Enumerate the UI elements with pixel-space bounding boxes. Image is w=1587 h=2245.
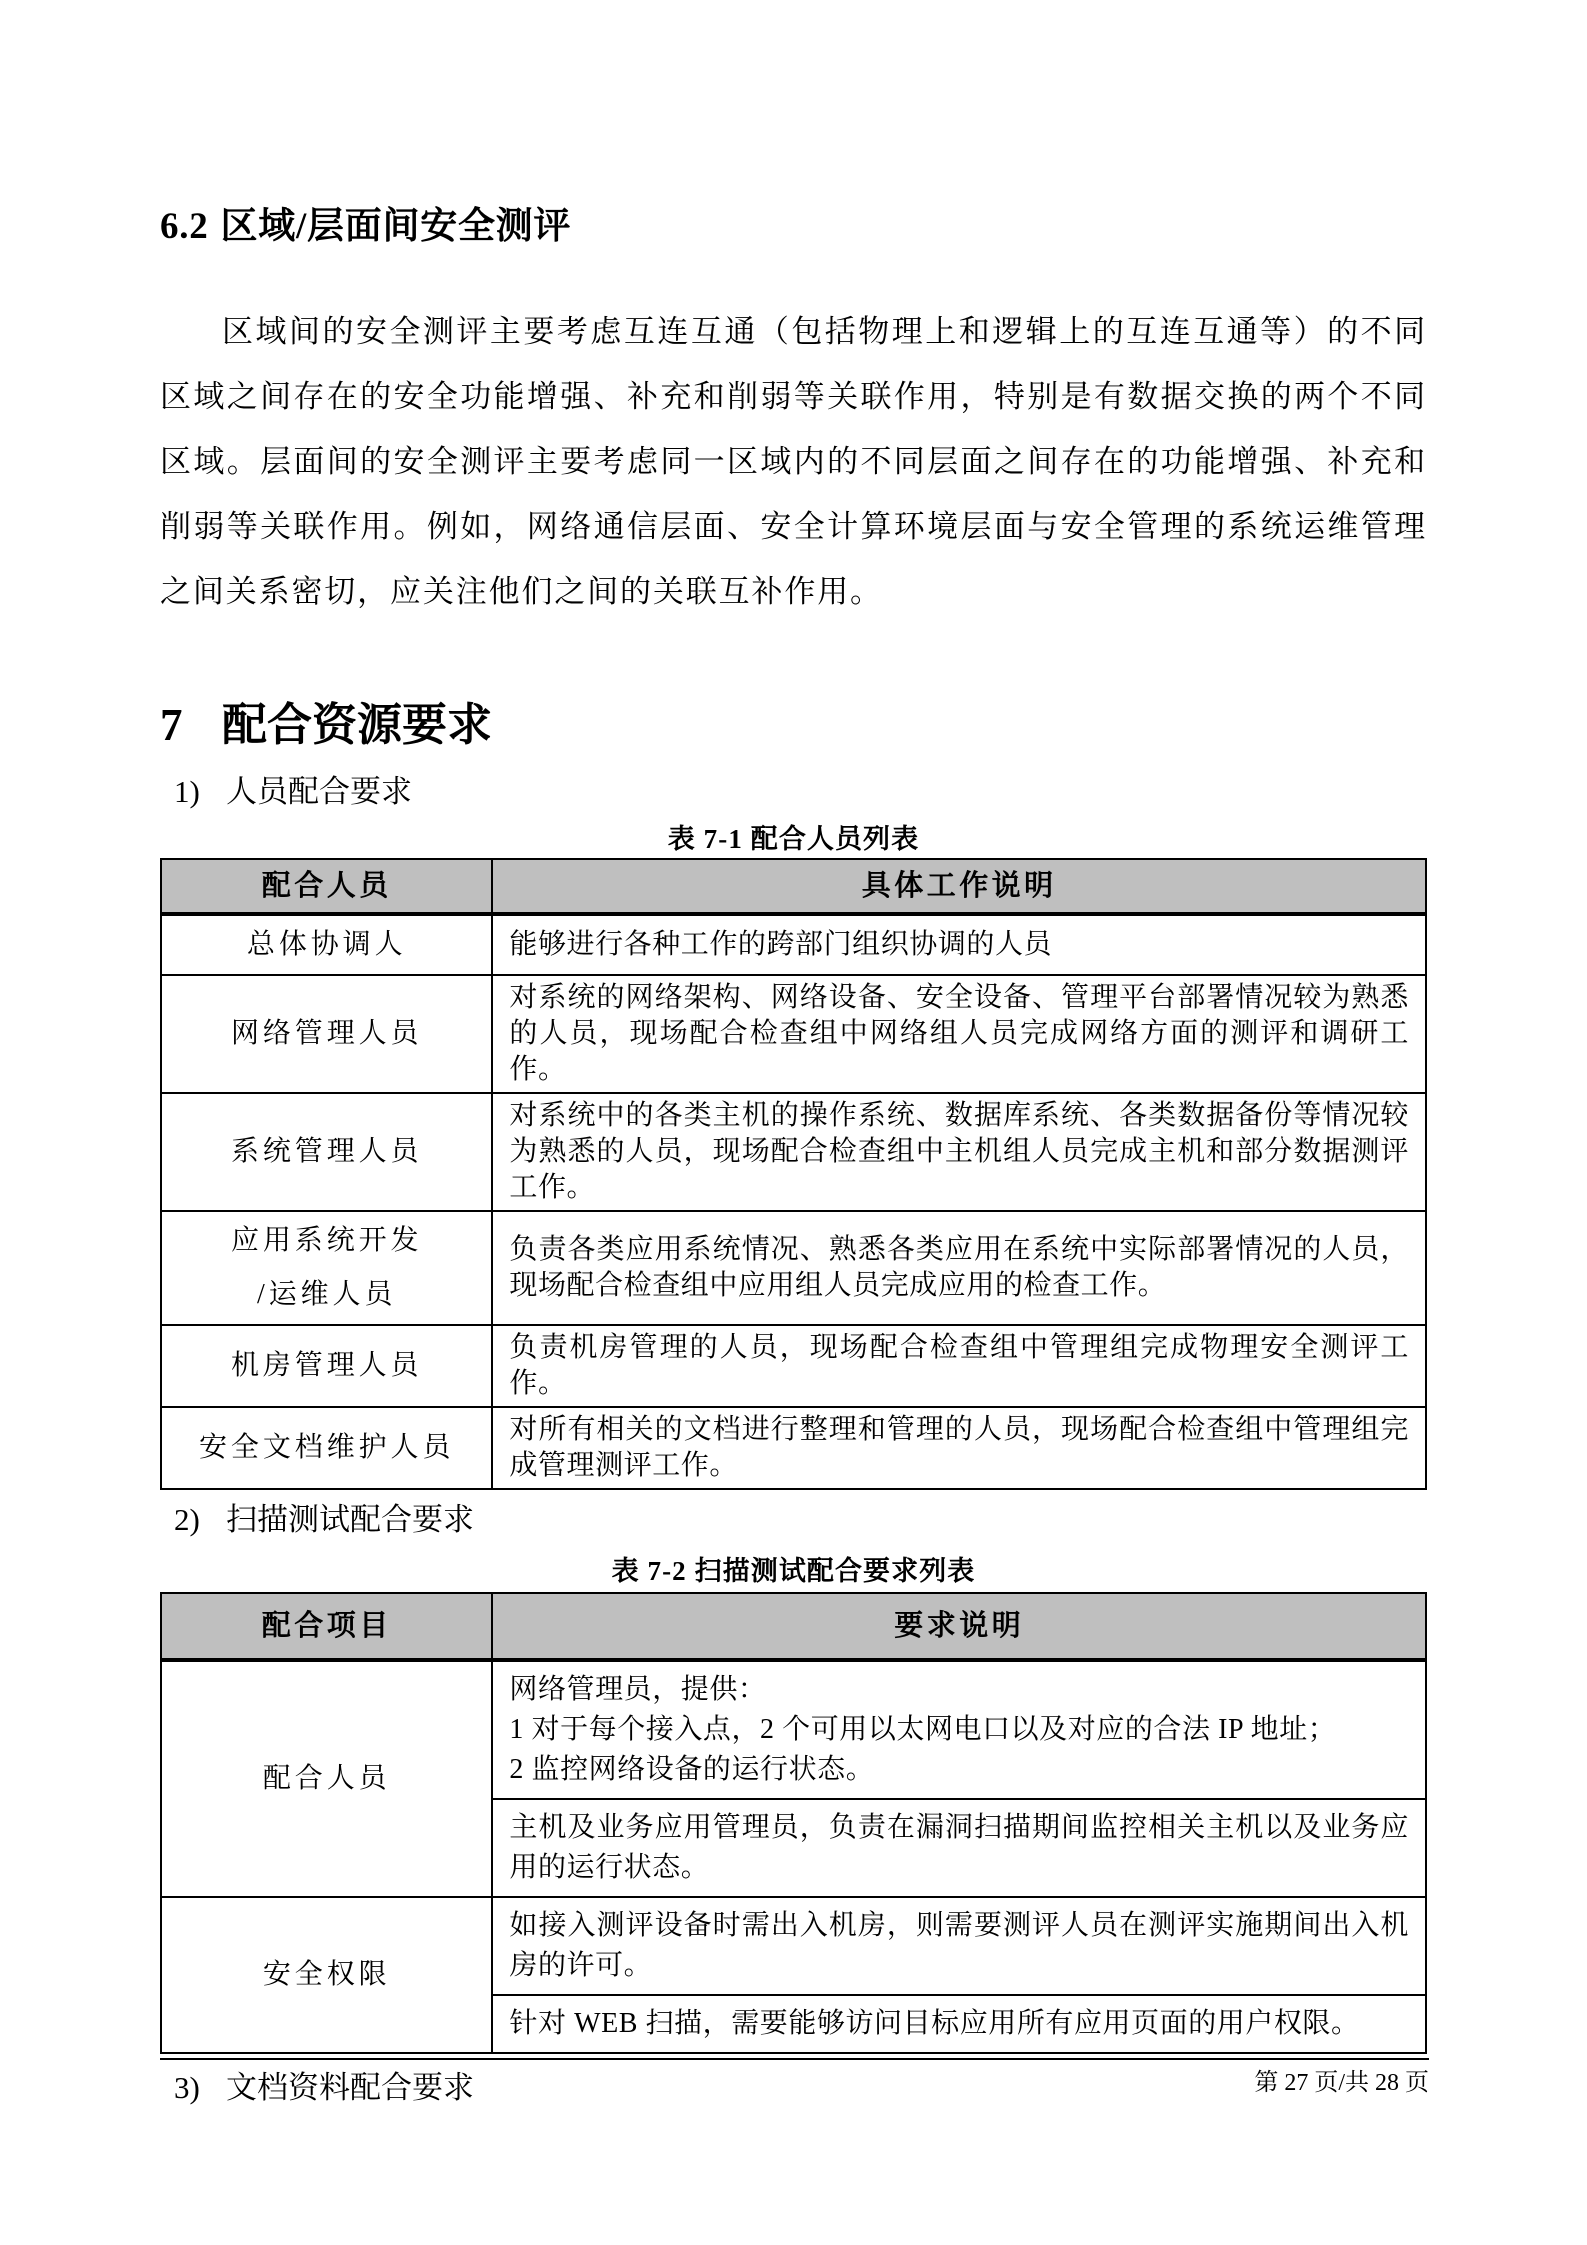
desc-cell: 负责各类应用系统情况、熟悉各类应用在系统中实际部署情况的人员，现场配合检查组中应… bbox=[492, 1211, 1426, 1325]
req-cell: 如接入测评设备时需出入机房，则需要测评人员在测评实施期间出入机房的许可。 bbox=[492, 1897, 1426, 1995]
table-row: 总体协调人 能够进行各种工作的跨部门组织协调的人员 bbox=[161, 914, 1426, 975]
list-item-2: 2)扫描测试配合要求 bbox=[160, 1500, 1427, 1540]
section-7-heading: 7配合资源要求 bbox=[160, 698, 1427, 752]
list-item-1-label: 人员配合要求 bbox=[226, 774, 412, 809]
table-7-2-caption: 表 7-2 扫描测试配合要求列表 bbox=[160, 1554, 1427, 1588]
role-cell: 网络管理人员 bbox=[161, 975, 492, 1093]
table-row: 系统管理人员 对系统中的各类主机的操作系统、数据库系统、各类数据备份等情况较为熟… bbox=[161, 1093, 1426, 1211]
req-cell: 主机及业务应用管理员，负责在漏洞扫描期间监控相关主机以及业务应用的运行状态。 bbox=[492, 1799, 1426, 1897]
list-item-2-label: 扫描测试配合要求 bbox=[226, 1502, 474, 1537]
req-cell: 针对 WEB 扫描，需要能够访问目标应用所有应用页面的用户权限。 bbox=[492, 1995, 1426, 2053]
item-cell: 安全权限 bbox=[161, 1897, 492, 2053]
table-7-1-header-row: 配合人员 具体工作说明 bbox=[161, 859, 1426, 914]
table-7-2-header-req: 要求说明 bbox=[492, 1593, 1426, 1660]
table-7-1-header-role: 配合人员 bbox=[161, 859, 492, 914]
page-footer: 第 27 页/共 28 页 bbox=[160, 2058, 1429, 2098]
desc-cell: 对系统的网络架构、网络设备、安全设备、管理平台部署情况较为熟悉的人员，现场配合检… bbox=[492, 975, 1426, 1093]
table-row: 机房管理人员 负责机房管理的人员，现场配合检查组中管理组完成物理安全测评工作。 bbox=[161, 1325, 1426, 1407]
table-7-2-header-row: 配合项目 要求说明 bbox=[161, 1593, 1426, 1660]
table-7-2: 配合项目 要求说明 配合人员 网络管理员，提供： 1 对于每个接入点，2 个可用… bbox=[160, 1592, 1427, 2054]
table-row: 网络管理人员 对系统的网络架构、网络设备、安全设备、管理平台部署情况较为熟悉的人… bbox=[161, 975, 1426, 1093]
section-6-2-number: 6.2 bbox=[160, 206, 208, 247]
table-row: 应用系统开发 /运维人员 负责各类应用系统情况、熟悉各类应用在系统中实际部署情况… bbox=[161, 1211, 1426, 1325]
req-cell: 网络管理员，提供： 1 对于每个接入点，2 个可用以太网电口以及对应的合法 IP… bbox=[492, 1660, 1426, 1799]
document-page: 6.2区域/层面间安全测评 区域间的安全测评主要考虑互连互通（包括物理上和逻辑上… bbox=[0, 0, 1587, 2245]
role-cell: 系统管理人员 bbox=[161, 1093, 492, 1211]
section-6-2-title: 区域/层面间安全测评 bbox=[220, 206, 571, 247]
list-item-2-marker: 2) bbox=[174, 1500, 226, 1540]
desc-cell: 能够进行各种工作的跨部门组织协调的人员 bbox=[492, 914, 1426, 975]
table-7-1-caption: 表 7-1 配合人员列表 bbox=[160, 822, 1427, 856]
table-row: 安全权限 如接入测评设备时需出入机房，则需要测评人员在测评实施期间出入机房的许可… bbox=[161, 1897, 1426, 1995]
table-7-1-header-desc: 具体工作说明 bbox=[492, 859, 1426, 914]
desc-cell: 对所有相关的文档进行整理和管理的人员，现场配合检查组中管理组完成管理测评工作。 bbox=[492, 1407, 1426, 1489]
role-cell: 机房管理人员 bbox=[161, 1325, 492, 1407]
body-paragraph: 区域间的安全测评主要考虑互连互通（包括物理上和逻辑上的互连互通等）的不同区域之间… bbox=[160, 299, 1427, 624]
desc-cell: 负责机房管理的人员，现场配合检查组中管理组完成物理安全测评工作。 bbox=[492, 1325, 1426, 1407]
role-cell: 应用系统开发 /运维人员 bbox=[161, 1211, 492, 1325]
list-item-1: 1)人员配合要求 bbox=[160, 772, 1427, 812]
table-7-2-header-item: 配合项目 bbox=[161, 1593, 492, 1660]
table-7-1: 配合人员 具体工作说明 总体协调人 能够进行各种工作的跨部门组织协调的人员 网络… bbox=[160, 858, 1427, 1490]
role-cell: 安全文档维护人员 bbox=[161, 1407, 492, 1489]
table-row: 安全文档维护人员 对所有相关的文档进行整理和管理的人员，现场配合检查组中管理组完… bbox=[161, 1407, 1426, 1489]
list-item-1-marker: 1) bbox=[174, 772, 226, 812]
table-row: 配合人员 网络管理员，提供： 1 对于每个接入点，2 个可用以太网电口以及对应的… bbox=[161, 1660, 1426, 1799]
item-cell: 配合人员 bbox=[161, 1660, 492, 1897]
desc-cell: 对系统中的各类主机的操作系统、数据库系统、各类数据备份等情况较为熟悉的人员，现场… bbox=[492, 1093, 1426, 1211]
section-6-2-heading: 6.2区域/层面间安全测评 bbox=[160, 205, 1427, 249]
role-cell: 总体协调人 bbox=[161, 914, 492, 975]
page-number: 第 27 页/共 28 页 bbox=[160, 2060, 1429, 2098]
section-7-number: 7 bbox=[160, 698, 222, 752]
section-7-title: 配合资源要求 bbox=[222, 699, 492, 750]
